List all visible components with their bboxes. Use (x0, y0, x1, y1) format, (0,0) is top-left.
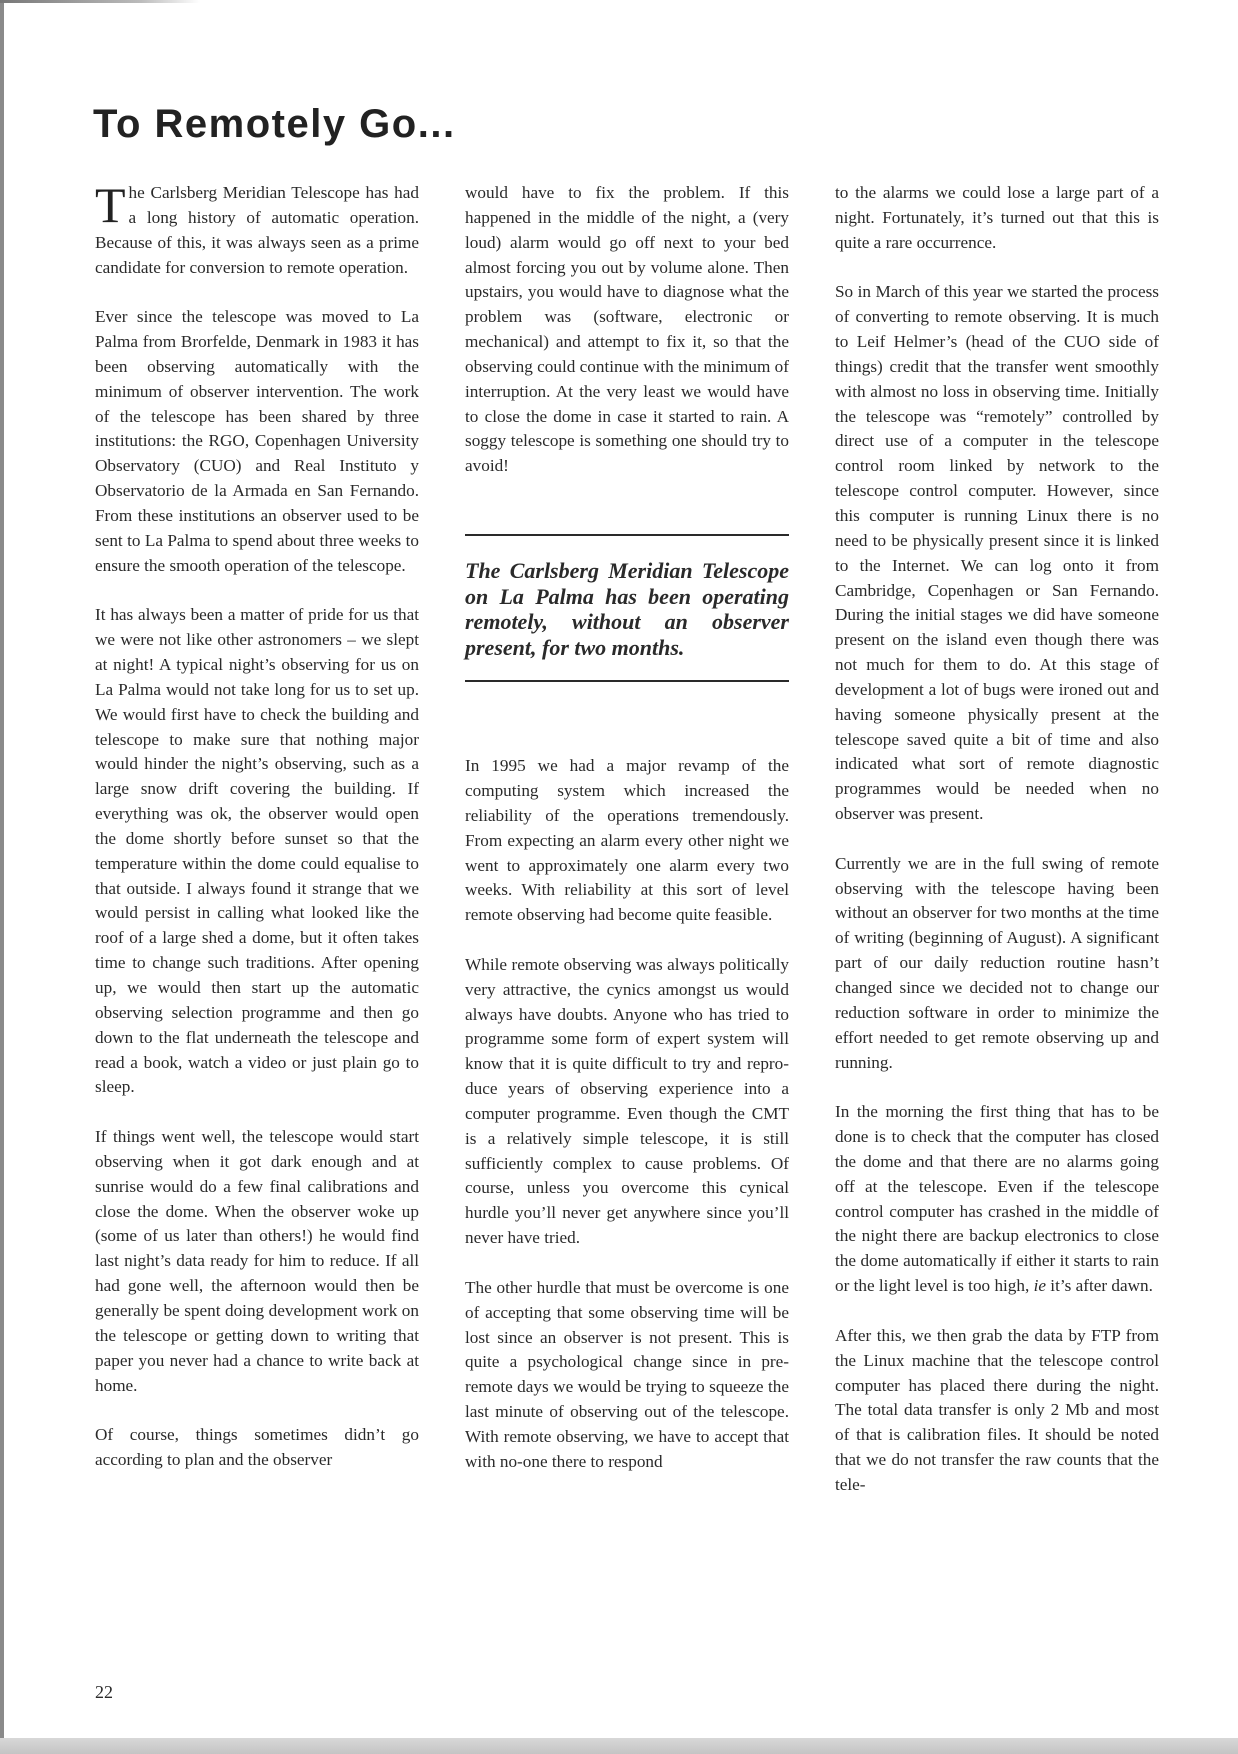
scan-bottom-edge (0, 1738, 1238, 1754)
article-column-2: would have to fix the problem. If this h… (465, 181, 789, 1475)
paragraph: In the morning the first thing that has … (835, 1100, 1159, 1299)
paragraph: It has always been a matter of pride for… (95, 603, 419, 1100)
italic-abbreviation: ie (1034, 1276, 1046, 1295)
paragraph: The Carlsberg Meridian Telescope has had… (95, 181, 419, 280)
paragraph: The other hurdle that must be overcome i… (465, 1276, 789, 1475)
paragraph-text: he Carlsberg Meridian Telescope has had … (95, 183, 419, 277)
article-title: To Remotely Go... (93, 100, 456, 148)
drop-cap: T (95, 185, 126, 225)
article-column-1: The Carlsberg Meridian Telescope has had… (95, 181, 419, 1473)
paragraph: would have to fix the problem. If this h… (465, 181, 789, 479)
pull-quote: The Carlsberg Meridian Telescope on La P… (465, 534, 789, 682)
pull-quote-top-rule (465, 534, 789, 536)
paragraph: Of course, things sometimes didn’t go ac… (95, 1423, 419, 1473)
paragraph: While remote observing was always politi… (465, 953, 789, 1251)
scan-top-edge (0, 0, 200, 3)
scan-left-edge (0, 0, 4, 1754)
pull-quote-text: The Carlsberg Meridian Telescope on La P… (465, 558, 789, 660)
paragraph: In 1995 we had a major revamp of the com… (465, 754, 789, 928)
article-column-3: to the alarms we could lose a large part… (835, 181, 1159, 1498)
pull-quote-bottom-rule (465, 680, 789, 682)
paragraph: After this, we then grab the data by FTP… (835, 1324, 1159, 1498)
paragraph-text: it’s after dawn. (1046, 1276, 1153, 1295)
paragraph-text: In the morning the first thing that has … (835, 1102, 1159, 1295)
paragraph: Currently we are in the full swing of re… (835, 852, 1159, 1076)
paragraph: to the alarms we could lose a large part… (835, 181, 1159, 256)
paragraph: If things went well, the telescope would… (95, 1125, 419, 1398)
paragraph: So in March of this year we started the … (835, 280, 1159, 827)
paragraph: Ever since the telescope was moved to La… (95, 305, 419, 578)
page-number: 22 (95, 1682, 113, 1703)
